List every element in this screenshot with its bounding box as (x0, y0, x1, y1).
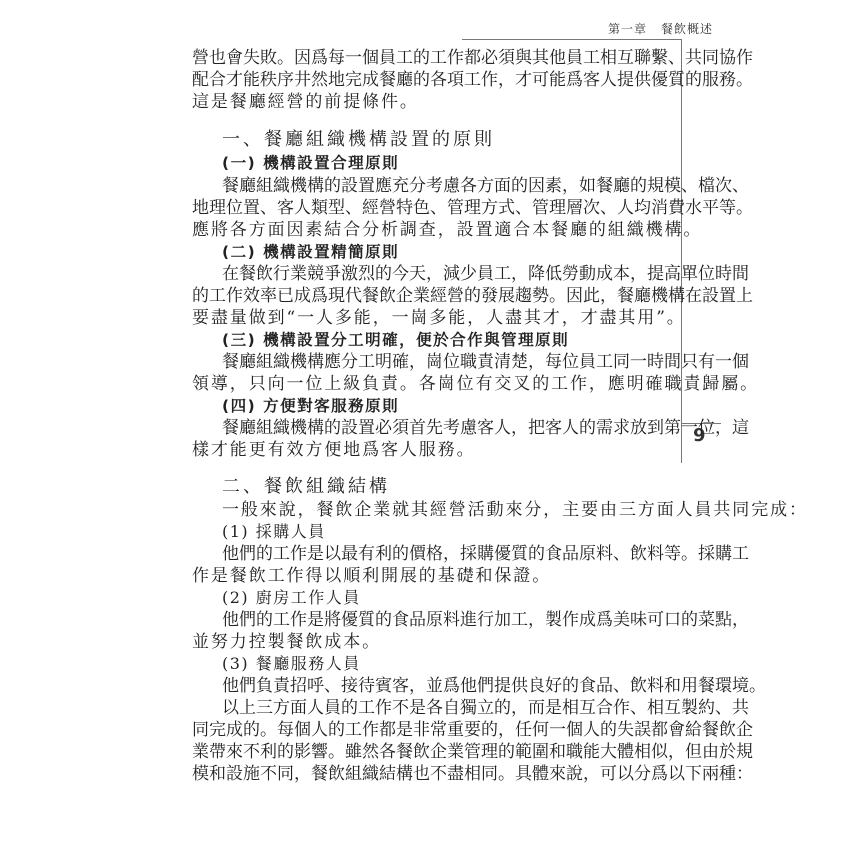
list-item-heading: (2) 廚房工作人員 (222, 587, 692, 609)
text-line: 業帶來不利的影響。雖然各餐飲企業管理的範圍和職能大體相似，但由於規 (192, 741, 662, 763)
text-line: 模和設施不同，餐飲組織結構也不盡相同。具體來說，可以分爲以下兩種： (192, 763, 662, 785)
list-item-heading: (3) 餐廳服務人員 (222, 653, 692, 675)
text-line: 要盡量做到“一人多能，一崗多能，人盡其才，才盡其用”。 (192, 307, 662, 329)
text-line: 的工作效率已成爲現代餐飲企業經營的發展趨勢。因此，餐廳機構在設置上 (192, 285, 662, 307)
running-head: 第一章餐飲概述 (608, 20, 713, 37)
section-heading: 一、餐廳組織機構設置的原則 (222, 129, 692, 151)
subsection-heading: (三) 機構設置分工明確，便於合作與管理原則 (222, 329, 692, 351)
text-line: 他們的工作是將優質的食品原料進行加工，製作成爲美味可口的菜點， (222, 609, 692, 631)
text-line: 餐廳組織機構的設置必須首先考慮客人，把客人的需求放到第一位，這 (222, 417, 692, 439)
text-line: 他們的工作是以最有利的價格，採購優質的食品原料、飲料等。採購工 (222, 543, 692, 565)
chapter-title: 餐飲概述 (661, 22, 713, 36)
text-line: 應將各方面因素結合分析調查，設置適合本餐廳的組織機構。 (192, 219, 662, 241)
text-line: 地理位置、客人類型、經營特色、管理方式、管理層次、人均消費水平等。 (192, 197, 662, 219)
text-line: 在餐飲行業競爭激烈的今天，減少員工，降低勞動成本，提高單位時間 (222, 263, 692, 285)
text-line: 樣才能更有效方便地爲客人服務。 (192, 439, 662, 461)
text-line: 配合才能秩序井然地完成餐廳的各項工作，才可能爲客人提供優質的服務。 (192, 69, 662, 91)
section-heading: 二、餐飲組織結構 (222, 476, 692, 498)
list-item-heading: (1) 採購人員 (222, 521, 692, 543)
text-line: 他們負責招呼、接待賓客，並爲他們提供良好的食品、飲料和用餐環境。 (222, 675, 692, 697)
text-line: 這是餐廳經營的前提條件。 (192, 91, 662, 113)
subsection-heading: (一) 機構設置合理原則 (222, 152, 692, 174)
subsection-heading: (四) 方便對客服務原則 (222, 395, 692, 417)
text-line: 餐廳組織機構應分工明確，崗位職責清楚，每位員工同一時間只有一個 (222, 351, 692, 373)
text-line: 營也會失敗。因爲每一個員工的工作都必須與其他員工相互聯繫、共同協作 (192, 47, 662, 69)
text-line: 作是餐飲工作得以順利開展的基礎和保證。 (192, 565, 662, 587)
text-line: 同完成的。每個人的工作都是非常重要的，任何一個人的失誤都會給餐飲企 (192, 719, 662, 741)
chapter-label: 第一章 (608, 22, 647, 36)
text-line: 並努力控製餐飲成本。 (192, 631, 662, 653)
subsection-heading: (二) 機構設置精簡原則 (222, 241, 692, 263)
header-rule (462, 39, 682, 40)
text-line: 以上三方面人員的工作不是各自獨立的，而是相互合作、相互製約、共 (222, 697, 692, 719)
text-line: 領導，只向一位上級負責。各崗位有交叉的工作，應明確職責歸屬。 (192, 373, 662, 395)
text-line: 餐廳組織機構的設置應充分考慮各方面的因素，如餐廳的規模、檔次、 (222, 175, 692, 197)
text-line: 一般來說，餐飲企業就其經營活動來分，主要由三方面人員共同完成： (222, 499, 692, 521)
